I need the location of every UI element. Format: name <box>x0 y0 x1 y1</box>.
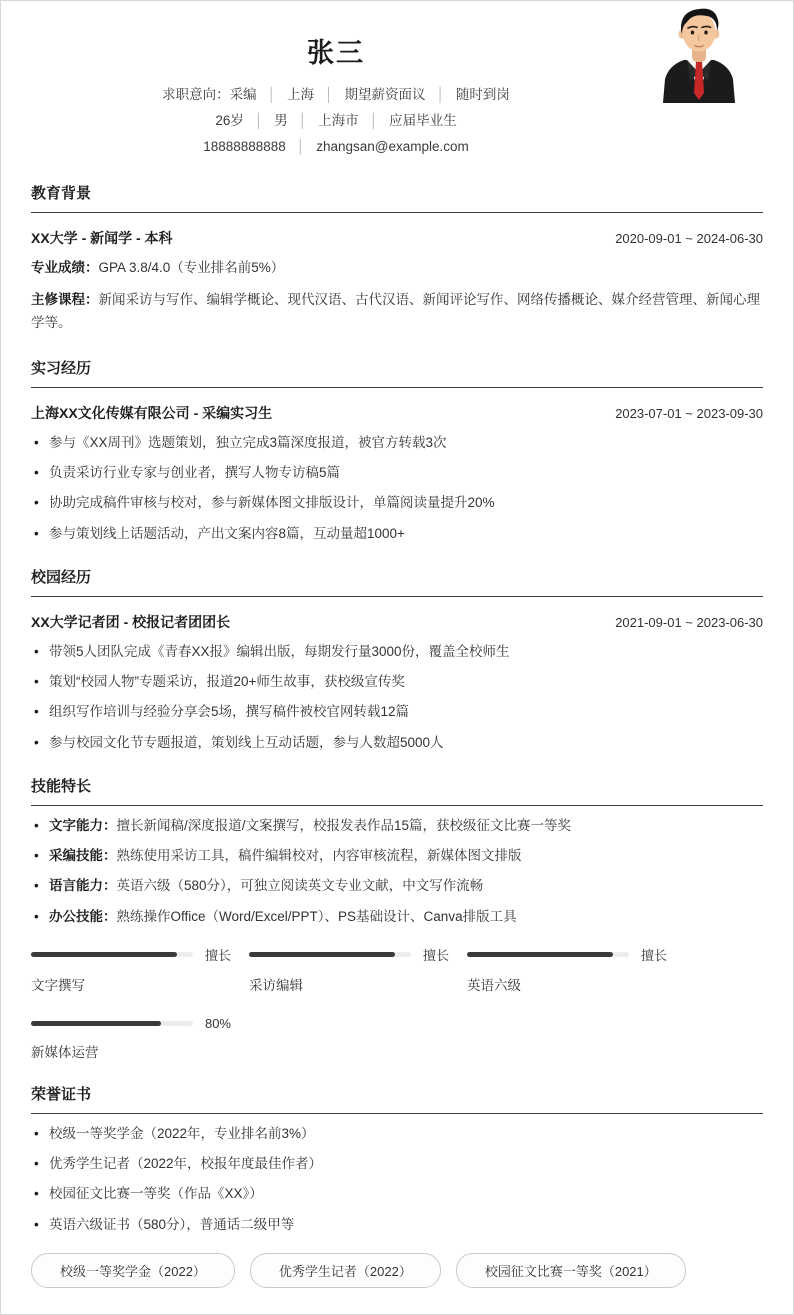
section-education: 教育背景 XX大学 - 新闻学 - 本科 2020-09-01 ~ 2024-0… <box>31 182 763 335</box>
skill-bar-level: 擅长 <box>641 945 667 964</box>
phone-number: 18888888888 <box>203 139 286 154</box>
list-item: 办公技能：熟练操作Office（Word/Excel/PPT）、PS基础设计、C… <box>31 907 763 927</box>
skill-text: 英语六级（580分），可独立阅读英文专业文献，中文写作流畅 <box>117 878 484 893</box>
list-item: 采编技能：熟练使用采访工具，稿件编辑校对，内容审核流程，新媒体图文排版 <box>31 846 763 866</box>
skill-label: 办公技能： <box>49 909 117 924</box>
skill-bar-name: 英语六级 <box>467 974 667 994</box>
gpa-value: GPA 3.8/4.0（专业排名前5%） <box>99 260 285 275</box>
list-item: 校级一等奖学金（2022年，专业排名前3%） <box>31 1124 763 1144</box>
job-intent-line: 求职意向：采编│上海│期望薪资面议│随时到岗 <box>31 82 641 108</box>
skill-bar: 擅长 英语六级 <box>467 945 667 994</box>
honor-tag: 校级一等奖学金（2022） <box>31 1253 235 1288</box>
separator: │ <box>299 113 307 128</box>
courses-label: 主修课程： <box>31 292 99 307</box>
skill-bar-fill <box>467 952 613 957</box>
graduate-status: 应届毕业生 <box>389 113 457 128</box>
list-item: 参与校园文化节专题报道，策划线上互动话题，参与人数超5000人 <box>31 733 763 753</box>
skill-bar: 擅长 文字撰写 <box>31 945 231 994</box>
skill-bar-level: 擅长 <box>423 945 449 964</box>
skill-text: 熟练使用采访工具，稿件编辑校对，内容审核流程，新媒体图文排版 <box>117 848 522 863</box>
availability: 随时到岗 <box>456 87 510 102</box>
list-item: 策划“校园人物”专题采访，报道20+师生故事，获校级宣传奖 <box>31 672 763 692</box>
skill-bar-name: 文字撰写 <box>31 974 231 994</box>
skill-bar-level: 擅长 <box>205 945 231 964</box>
campus-entry-head: XX大学记者团 - 校报记者团团长 2021-09-01 ~ 2023-06-3… <box>31 612 763 632</box>
skill-bar-level: 80% <box>205 1016 231 1031</box>
skill-bar-row: 擅长 <box>467 945 667 964</box>
education-date-range: 2020-09-01 ~ 2024-06-30 <box>615 231 763 246</box>
skill-bar-row: 80% <box>31 1016 231 1031</box>
section-internship: 实习经历 上海XX文化传媒有限公司 - 采编实习生 2023-07-01 ~ 2… <box>31 357 763 544</box>
skill-text: 擅长新闻稿/深度报道/文案撰写，校报发表作品15篇，获校级征文比赛一等奖 <box>117 818 572 833</box>
list-item: 文字能力：擅长新闻稿/深度报道/文案撰写，校报发表作品15篇，获校级征文比赛一等… <box>31 816 763 836</box>
honor-tags-row: 校级一等奖学金（2022） 优秀学生记者（2022） 校园征文比赛一等奖（202… <box>31 1253 763 1288</box>
section-title-education: 教育背景 <box>31 182 763 213</box>
campus-org-role: XX大学记者团 - 校报记者团团长 <box>31 612 230 632</box>
separator: │ <box>370 113 378 128</box>
separator: │ <box>325 87 333 102</box>
separator: │ <box>436 87 444 102</box>
campus-bullet-list: 带领5人团队完成《青春XX报》编辑出版，每期发行量3000份，覆盖全校师生 策划… <box>31 642 763 753</box>
skill-bar-track <box>31 952 193 957</box>
list-item: 英语六级证书（580分），普通话二级甲等 <box>31 1215 763 1235</box>
skill-bars-grid: 擅长 文字撰写 擅长 采访编辑 擅长 英语六级 <box>31 945 691 1061</box>
skill-bar-row: 擅长 <box>31 945 231 964</box>
skill-bar-name: 采访编辑 <box>249 974 449 994</box>
internship-entry-head: 上海XX文化传媒有限公司 - 采编实习生 2023-07-01 ~ 2023-0… <box>31 403 763 423</box>
skill-text: 熟练操作Office（Word/Excel/PPT）、PS基础设计、Canva排… <box>117 909 517 924</box>
education-entry-head: XX大学 - 新闻学 - 本科 2020-09-01 ~ 2024-06-30 <box>31 228 763 248</box>
list-item: 协助完成稿件审核与校对，参与新媒体图文排版设计，单篇阅读量提升20% <box>31 493 763 513</box>
resume-page: 张三 求职意向：采编│上海│期望薪资面议│随时到岗 26岁│男│上海市│应届毕业… <box>0 0 794 1315</box>
list-item: 语言能力：英语六级（580分），可独立阅读英文专业文献，中文写作流畅 <box>31 876 763 896</box>
header-text-block: 张三 求职意向：采编│上海│期望薪资面议│随时到岗 26岁│男│上海市│应届毕业… <box>31 31 641 160</box>
job-intent: 求职意向：采编 <box>162 87 257 102</box>
separator: │ <box>255 113 263 128</box>
section-title-campus: 校园经历 <box>31 566 763 597</box>
section-honors: 荣誉证书 校级一等奖学金（2022年，专业排名前3%） 优秀学生记者（2022年… <box>31 1083 763 1288</box>
gender: 男 <box>274 113 288 128</box>
courses-value: 新闻采访与写作、编辑学概论、现代汉语、古代汉语、新闻评论写作、网络传播概论、媒介… <box>31 292 760 330</box>
skill-bar-fill <box>31 952 177 957</box>
list-item: 带领5人团队完成《青春XX报》编辑出版，每期发行量3000份，覆盖全校师生 <box>31 642 763 662</box>
candidate-name: 张三 <box>31 31 641 70</box>
honor-tag: 优秀学生记者（2022） <box>250 1253 441 1288</box>
salary-expectation: 期望薪资面议 <box>344 87 425 102</box>
campus-date-range: 2021-09-01 ~ 2023-06-30 <box>615 615 763 630</box>
skill-bar-fill <box>249 952 395 957</box>
separator: │ <box>297 139 305 154</box>
skill-bar-track <box>249 952 411 957</box>
internship-company-role: 上海XX文化传媒有限公司 - 采编实习生 <box>31 403 272 423</box>
section-campus: 校园经历 XX大学记者团 - 校报记者团团长 2021-09-01 ~ 2023… <box>31 566 763 753</box>
section-skills: 技能特长 文字能力：擅长新闻稿/深度报道/文案撰写，校报发表作品15篇，获校级征… <box>31 775 763 1061</box>
honors-bullet-list: 校级一等奖学金（2022年，专业排名前3%） 优秀学生记者（2022年，校报年度… <box>31 1124 763 1235</box>
skill-bar-name: 新媒体运营 <box>31 1041 231 1061</box>
skills-bullet-list: 文字能力：擅长新闻稿/深度报道/文案撰写，校报发表作品15篇，获校级征文比赛一等… <box>31 816 763 927</box>
section-title-internship: 实习经历 <box>31 357 763 388</box>
courses-line: 主修课程：新闻采访与写作、编辑学概论、现代汉语、古代汉语、新闻评论写作、网络传播… <box>31 289 763 335</box>
section-title-skills: 技能特长 <box>31 775 763 806</box>
skill-bar: 80% 新媒体运营 <box>31 1016 231 1061</box>
list-item: 校园征文比赛一等奖（作品《XX》） <box>31 1184 763 1204</box>
school-degree: XX大学 - 新闻学 - 本科 <box>31 228 173 248</box>
list-item: 优秀学生记者（2022年，校报年度最佳作者） <box>31 1154 763 1174</box>
resume-header: 张三 求职意向：采编│上海│期望薪资面议│随时到岗 26岁│男│上海市│应届毕业… <box>31 1 763 160</box>
skill-label: 采编技能： <box>49 848 117 863</box>
contact-line: 18888888888│zhangsan@example.com <box>31 134 641 160</box>
list-item: 参与《XX周刊》选题策划，独立完成3篇深度报道，被官方转载3次 <box>31 433 763 453</box>
gpa-line: 专业成绩：GPA 3.8/4.0（专业排名前5%） <box>31 257 763 280</box>
internship-date-range: 2023-07-01 ~ 2023-09-30 <box>615 406 763 421</box>
gpa-label: 专业成绩： <box>31 260 99 275</box>
job-city: 上海 <box>287 87 314 102</box>
skill-label: 文字能力： <box>49 818 117 833</box>
skill-bar-fill <box>31 1021 161 1026</box>
skill-bar-track <box>31 1021 193 1026</box>
honor-tag: 校园征文比赛一等奖（2021） <box>456 1253 686 1288</box>
email-address: zhangsan@example.com <box>316 139 469 154</box>
age: 26岁 <box>215 113 244 128</box>
skill-bar: 擅长 采访编辑 <box>249 945 449 994</box>
profile-photo <box>657 3 741 103</box>
location: 上海市 <box>318 113 359 128</box>
section-title-honors: 荣誉证书 <box>31 1083 763 1114</box>
list-item: 组织写作培训与经验分享会5场，撰写稿件被校官网转载12篇 <box>31 702 763 722</box>
avatar-illustration <box>657 3 741 103</box>
personal-info-line: 26岁│男│上海市│应届毕业生 <box>31 108 641 134</box>
separator: │ <box>268 87 276 102</box>
list-item: 负责采访行业专家与创业者，撰写人物专访稿5篇 <box>31 463 763 483</box>
skill-label: 语言能力： <box>49 878 117 893</box>
skill-bar-track <box>467 952 629 957</box>
skill-bar-row: 擅长 <box>249 945 449 964</box>
list-item: 参与策划线上话题活动，产出文案内容8篇，互动量超1000+ <box>31 524 763 544</box>
internship-bullet-list: 参与《XX周刊》选题策划，独立完成3篇深度报道，被官方转载3次 负责采访行业专家… <box>31 433 763 544</box>
